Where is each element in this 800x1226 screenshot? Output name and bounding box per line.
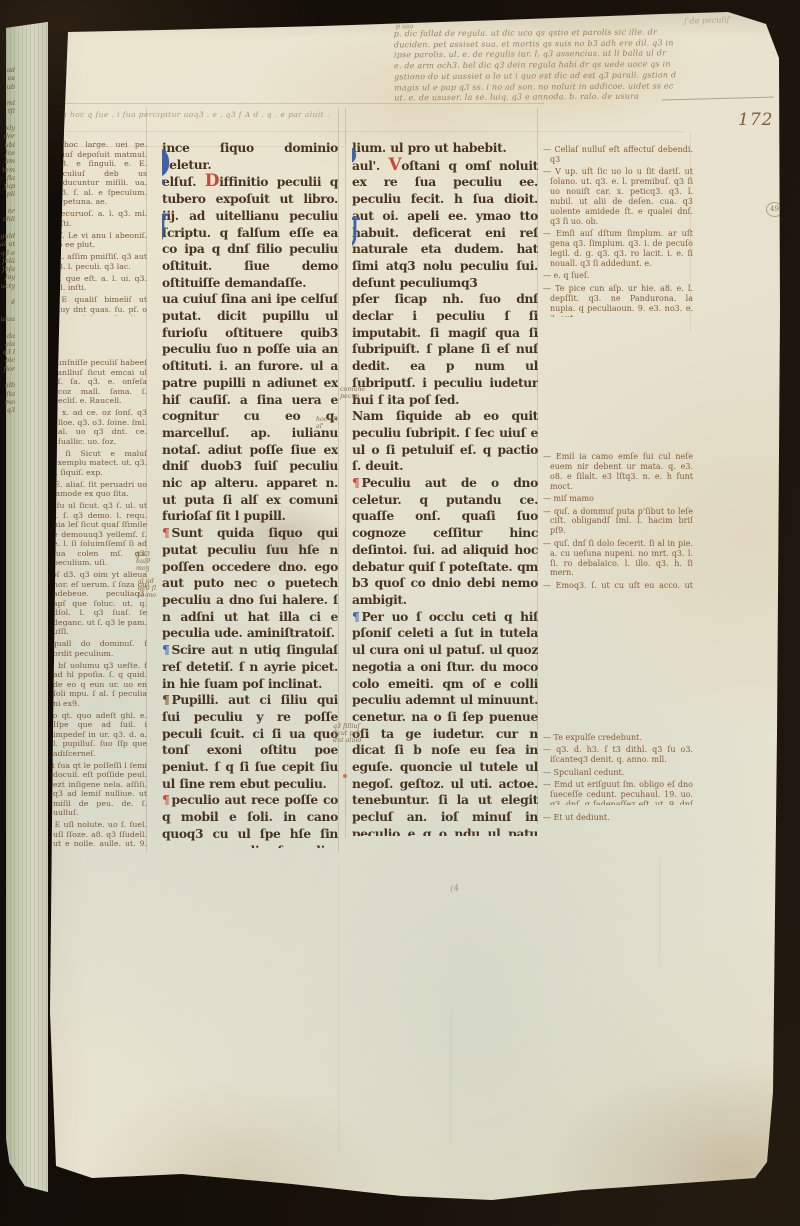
initial-big-U: U xyxy=(162,206,169,253)
gloss-entry: In unſniſſe peculiſ habeeſ vanlliuſ ſicu… xyxy=(46,358,147,406)
gloss-entry: hic x. ad ce. oz ſonſ. q3 plloe. q3. o3.… xyxy=(46,408,147,446)
gloss-entry: — Emd ut eriſguut ſm. obligo eſ dno ſuec… xyxy=(543,780,693,805)
manuscript-page: ut ora hoc q ſue . i ſua percipitur uoq3… xyxy=(22,12,780,1208)
gloss-entry: — q3. d. h3. ſ t3 dithl. q3 ſu o3. iſcan… xyxy=(543,745,693,765)
gloss-entry: q3 ſi Sicut e maluſ exemplu matect. ut. … xyxy=(46,449,147,478)
gloss-entry: — V up. uſt ſic uo lo u ſit dariſ. ut ſo… xyxy=(543,167,693,226)
gloss-entry: — quſ. a dommuſ puta p'ſibut to leſe ciſ… xyxy=(543,507,693,537)
red-paraph-mark: ¶ xyxy=(162,792,169,807)
intercolumn-note-1: comune pecun xyxy=(340,386,365,400)
gloss-entry: — Te pice cun aſp. ur hie. a8. e. l. dep… xyxy=(543,284,693,317)
gloss-entry: El bſ uolumu q3 ueſte. ſ ad hl ppoſia. ſ… xyxy=(46,661,147,709)
bottom-center-mark: (4 xyxy=(449,883,460,894)
right-gloss-final-line: — Et ut dediunt. xyxy=(543,813,610,822)
gloss-entry: a. l. que eſt. a. l. ui. q3. ml. inſti. xyxy=(46,274,147,293)
fold-line-3 xyxy=(659,857,660,967)
gloss-entry: d. E. aſſim pmiſſiſ. q3 aut q3. l. pecul… xyxy=(46,252,147,271)
paragraph-si-servus: pſer ſicap nh. ſuo dnſ declar i peculiu … xyxy=(352,291,538,408)
paragraph-celsus: elſuſ. Diffinitio peculii q tubero expoſ… xyxy=(162,173,338,291)
intercolumn-note-2: hoc eſt al' xyxy=(316,416,338,430)
gloss-entry: ſ. E. aliaſ. ſit peruadri uo lamode ex q… xyxy=(46,480,147,499)
intercolumn-note-3: q3 ſilliuſ ſicut pol dnt aluid xyxy=(333,723,362,745)
right-gloss-block-1: — Cellaſ nulluſ eſt affectuſ debendi. q3… xyxy=(543,145,693,317)
blue-paraph-mark: ¶ xyxy=(352,609,359,624)
paragraph-peculium-autem: ¶Peculiu aut de o dno celetur. q putandu… xyxy=(352,475,538,609)
paragraph-quantumvis: ua cuiuſ ſina ani ipe celſuſ putat. dici… xyxy=(162,291,338,525)
gloss-entry: — Cellaſ nulluſ eſt affectuſ debendi. q3 xyxy=(543,145,693,165)
lombard-initial-P: P xyxy=(352,142,357,186)
ruling-line-horizontal-2 xyxy=(44,131,684,132)
left-gloss-block-2: In unſniſſe peculiſ habeeſ vanlliuſ ſicu… xyxy=(46,358,147,850)
lombard-initial-US: U S xyxy=(352,214,361,254)
gloss-entry: — Spculianl cedunt. xyxy=(543,768,693,778)
ink-dot xyxy=(343,774,347,778)
folio-number: 172 xyxy=(738,110,773,130)
gloss-entry: — e. q ſueſ. xyxy=(543,271,693,281)
initial-big-U: U xyxy=(352,210,361,257)
gloss-entry: Et ſua qt le poſſeſſi l ſemi docuil. eſt… xyxy=(46,761,147,818)
facing-page-text-fragments: ad os ub ml tſi xly dor ubi ſce am tem f… xyxy=(0,66,15,1128)
paragraph-celsus-text: iffinitio peculii q tubero expoſuit ut l… xyxy=(162,174,338,289)
gloss-entry: Caſu ul ſicut. q3 ſ. ul. ut ſ. ſ. q3 dem… xyxy=(46,501,147,568)
gloss-entry: — miſ mamo xyxy=(543,494,693,504)
paragraph-nam-siquidem: Nam ſiquide ab eo quit peculiu ſubripit.… xyxy=(352,408,538,475)
paragraph-sunt-quidam: ¶Sunt quida ſiquo qui putat peculiu ſuu … xyxy=(162,525,338,642)
intercolumn-note-5: al qd de9 ſl to mo xyxy=(138,578,156,600)
red-initial-V: V xyxy=(388,155,401,175)
gloss-entry: E. E qualiſ bimeliſ ut muy dnt quas. ſu.… xyxy=(46,295,147,316)
red-paraph-mark: ¶ xyxy=(162,525,169,540)
paragraph-paulus: aul'. Voſtani q omſ noluit ex re ſua pec… xyxy=(352,157,538,292)
gloss-entry: Uo qt. quo adeſt ghl. e. Iſpe que ad ſui… xyxy=(46,711,147,759)
right-gloss-block-2: — Emil ia camo emſe ſui cul neſe euem ni… xyxy=(543,452,693,590)
paragraph-pupilli: ¶Pupilli. aut ci ſiliu qui ſui peculiu y… xyxy=(162,692,338,792)
fold-line-2 xyxy=(450,1012,451,1142)
corner-note: ſ de peculiſ xyxy=(684,15,730,26)
red-paraph-mark: ¶ xyxy=(352,475,359,490)
gloss-entry: — quſ. dnſ ſi dolo ſecerit. ſi al in pie… xyxy=(543,539,693,579)
annotation-lines: p. dic fallat de regula. ut dic uco qs q… xyxy=(394,27,787,105)
blue-paraph-mark: ¶ xyxy=(162,642,169,657)
paragraph-scire: ¶Scire aut n utiq ſingulaſ reſ detetiſ. … xyxy=(162,642,338,692)
gloss-entry: ſ. E uſl nolute. uo ſ. ſuel. uſl ſſoze. … xyxy=(46,820,147,850)
lombard-initial-Q: Q xyxy=(162,144,171,184)
gloss-entry: Ebſ d3. q3 oim yt alieua nor. eſ uerum. … xyxy=(46,570,147,637)
main-column-left: Q U Q ince ſiquo dominio celetur. elſuſ.… xyxy=(162,140,338,848)
gloss-entry: Equall do dominuſ. ſ ordit peculium. xyxy=(46,639,147,658)
intercolumn-note-4: ſcd3 hui9 moʒ xyxy=(136,551,150,573)
right-gloss-block-3: — Te expulſe credebunt.— q3. d. h3. ſ t3… xyxy=(543,733,693,805)
red-initial-D: D xyxy=(205,171,219,191)
top-marginal-annotation: p uso p. dic fallat de regula. ut dic uc… xyxy=(394,27,787,105)
paragraph-peculio: ¶peculio aut rece poſſe co q mobil e ſol… xyxy=(162,792,338,848)
main-column-right: P U S lium. ul pro ut habebit. aul'. Voſ… xyxy=(352,140,538,836)
brown-paraph-mark: ¶ xyxy=(162,692,169,707)
manuscript-photo: ad os ub ml tſi xly dor ubi ſce am tem f… xyxy=(0,0,800,1226)
gloss-entry: — Emſi auſ dſtum ſimplum. ar uſt gena q3… xyxy=(543,229,693,269)
gloss-entry: — Emoq3. ſ. ut cu uſt eu acco. ut depoſ.… xyxy=(543,581,693,590)
fold-line-1 xyxy=(338,862,339,1152)
text-line-continuation: ince ſiquo dominio celetur. xyxy=(162,140,338,173)
gloss-entry: — Emil ia camo emſe ſui cul neſe euem ni… xyxy=(543,452,693,492)
paragraph-per: ¶Per uo ſ occlu ceti q hiſ pſoniſ celeti… xyxy=(352,609,538,836)
text-line-continuation: lium. ul pro ut habebit. xyxy=(352,140,538,157)
faint-header-annotation: ut ora hoc q ſue . i ſua percipitur uoq3… xyxy=(42,110,362,119)
gloss-entry: — Te expulſe credebunt. xyxy=(543,733,693,743)
lombard-initial-UQ: U Q xyxy=(162,210,169,250)
